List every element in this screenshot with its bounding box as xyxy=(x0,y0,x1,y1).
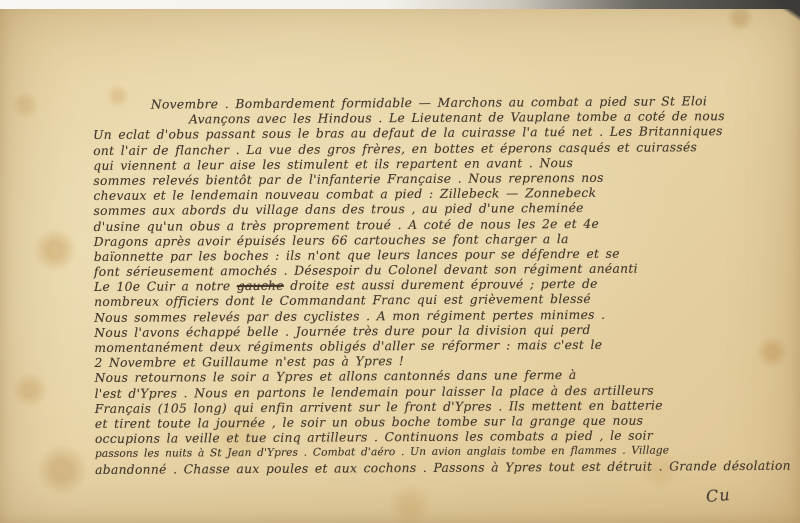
manuscript-page: Novembre . Bombardement formidable — Mar… xyxy=(0,0,800,523)
strike-post-text: droite est aussi durement éprouvé ; pert… xyxy=(284,277,598,293)
manuscript-text: Novembre . Bombardement formidable — Mar… xyxy=(93,94,735,478)
scanner-edge-strip xyxy=(0,0,800,9)
struck-out-word: gauche xyxy=(237,279,284,293)
signature-initials: Cu xyxy=(705,485,731,506)
manuscript-line: abandonné . Chasse aux poules et aux coc… xyxy=(95,459,735,478)
page-corner-shadow xyxy=(762,0,800,26)
strike-pre-text: Le 10e Cuir a notre xyxy=(94,279,237,294)
